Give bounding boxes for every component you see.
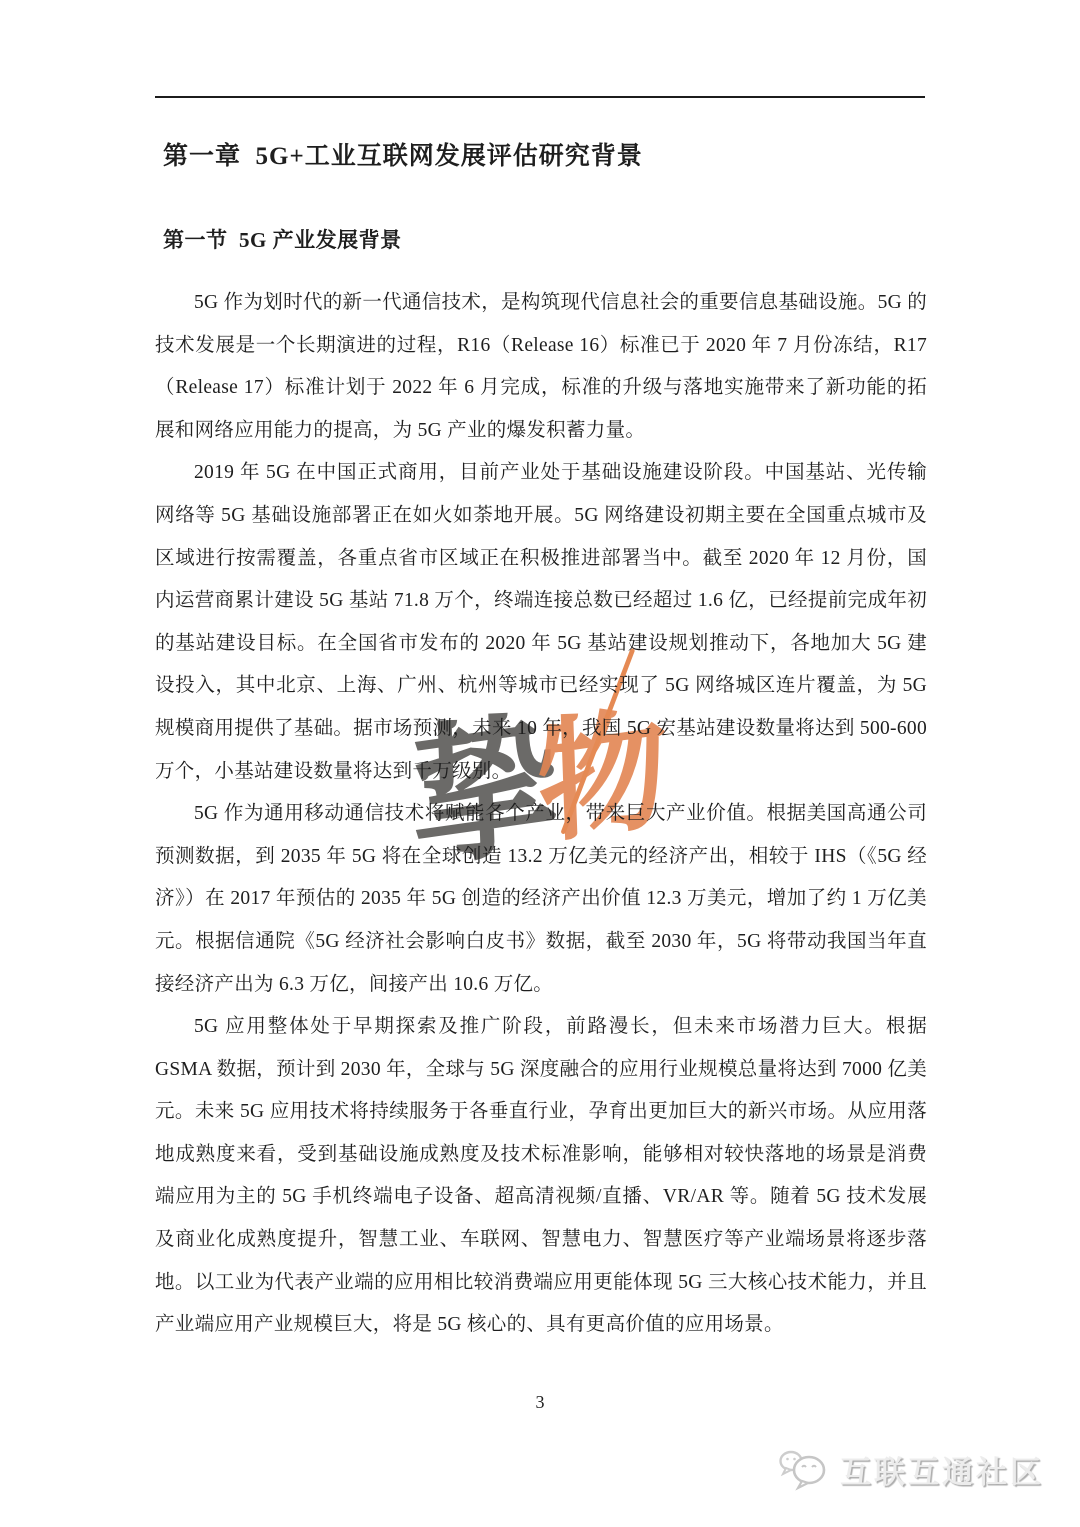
page-number: 3: [155, 1392, 925, 1413]
document-page: 第一章 5G+工业互联网发展评估研究背景 第一节 5G 产业发展背景 挚 物 5…: [0, 0, 1080, 1527]
chat-bubbles-icon: [778, 1446, 830, 1492]
footer-logo: 互联互通社区: [778, 1446, 1044, 1492]
paragraph-3: 5G 作为通用移动通信技术将赋能各个产业，带来巨大产业价值。根据美国高通公司预测…: [155, 793, 927, 1006]
footer-logo-text: 互联互通社区: [840, 1447, 1044, 1492]
paragraph-1: 5G 作为划时代的新一代通信技术，是构筑现代信息社会的重要信息基础设施。5G 的…: [155, 282, 927, 452]
document-body: 5G 作为划时代的新一代通信技术，是构筑现代信息社会的重要信息基础设施。5G 的…: [155, 282, 927, 1347]
paragraph-2: 2019 年 5G 在中国正式商用，目前产业处于基础设施建设阶段。中国基站、光传…: [155, 452, 927, 793]
section-title: 第一节 5G 产业发展背景: [163, 224, 402, 254]
header-rule: [155, 96, 925, 98]
chapter-title: 第一章 5G+工业互联网发展评估研究背景: [163, 136, 643, 172]
paragraph-4: 5G 应用整体处于早期探索及推广阶段，前路漫长，但未来市场潜力巨大。根据 GSM…: [155, 1006, 927, 1347]
